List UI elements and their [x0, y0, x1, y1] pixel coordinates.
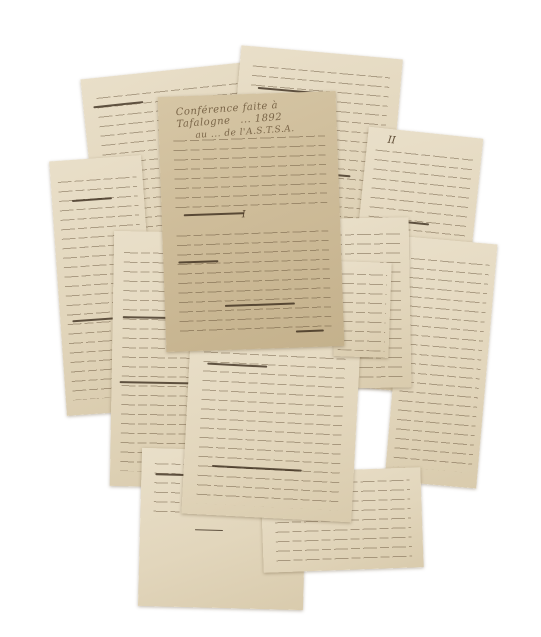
section-numeral: I — [242, 209, 246, 220]
manuscript-title-sheet: Conférence faite à Tafalogne ... 1892 au… — [158, 91, 345, 352]
handwriting — [338, 267, 388, 352]
manuscript-photo: II Conférence faite à Tafalogne — [0, 0, 541, 637]
handwriting — [176, 224, 331, 339]
handwriting — [196, 345, 349, 511]
handwriting — [173, 130, 327, 212]
manuscript-sheet-center-lower — [181, 334, 360, 523]
